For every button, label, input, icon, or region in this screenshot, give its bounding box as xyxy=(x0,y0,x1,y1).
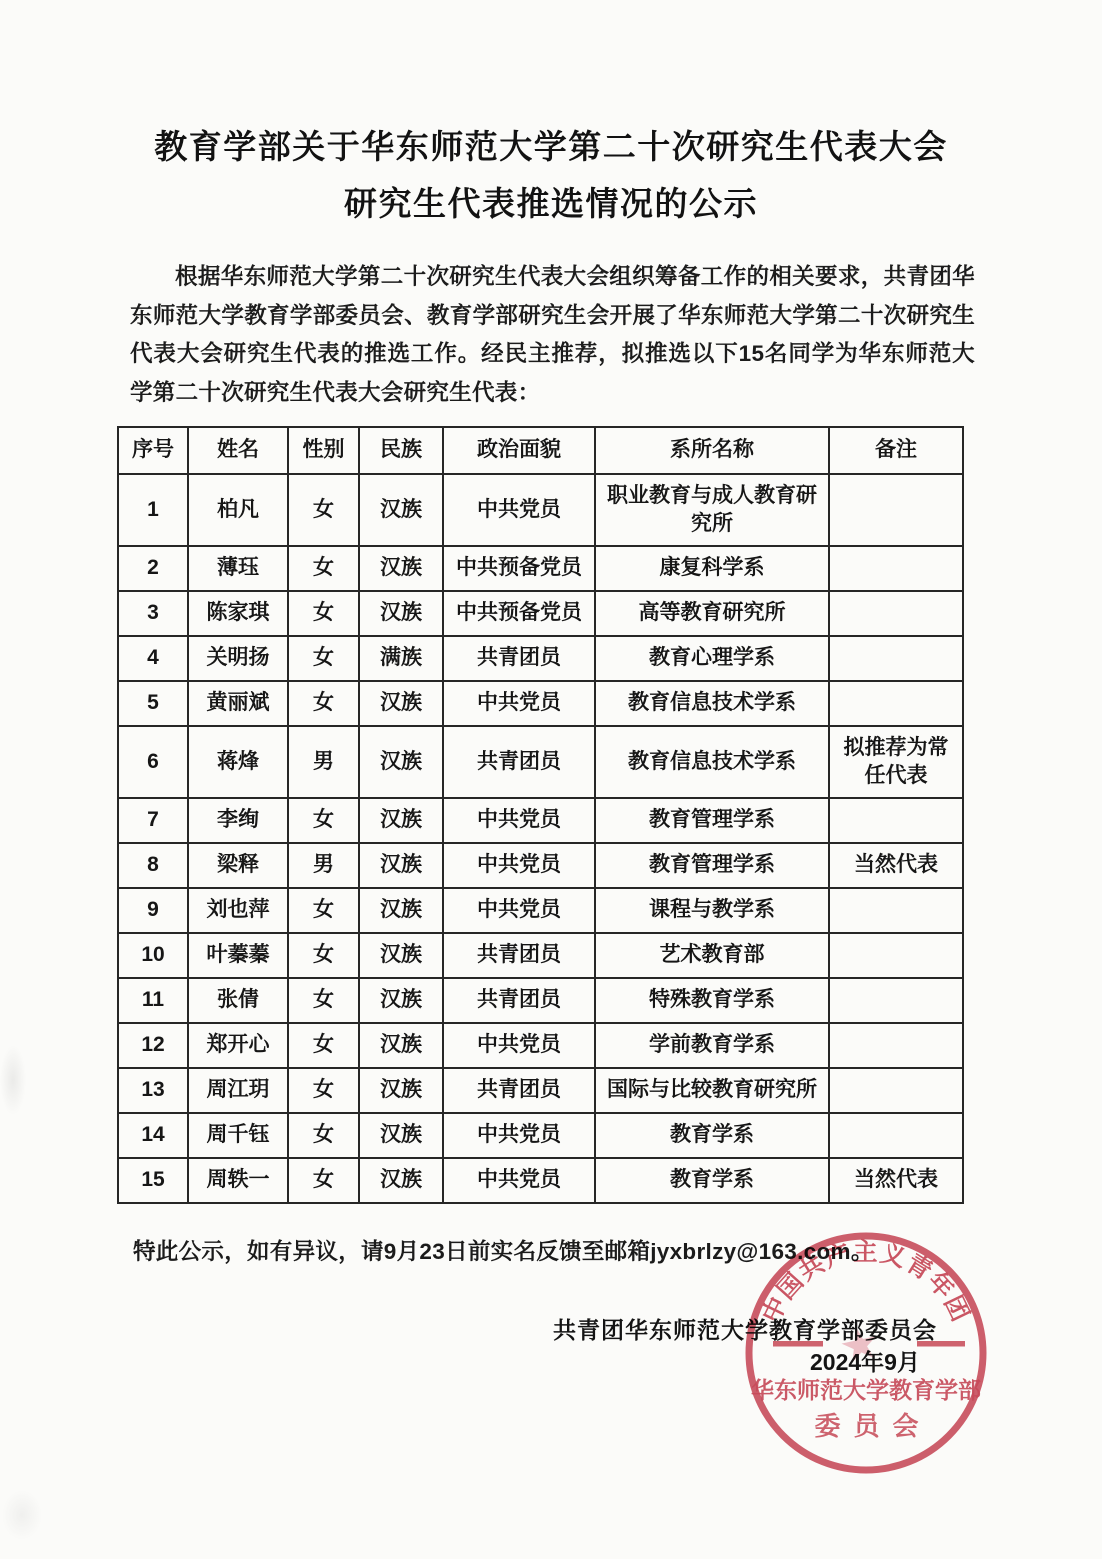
scan-smudge xyxy=(2,1490,42,1540)
svg-text:中国共产主义青年团: 中国共产主义青年团 xyxy=(757,1238,975,1327)
cell-dept: 艺术教育部 xyxy=(595,933,829,978)
cell-politics: 中共预备党员 xyxy=(443,546,595,591)
stamp-arc-text: 中国共产主义青年团 xyxy=(757,1238,975,1327)
cell-no: 13 xyxy=(118,1068,188,1113)
cell-name: 梁释 xyxy=(188,843,288,888)
cell-remark xyxy=(829,1068,963,1113)
cell-dept: 特殊教育学系 xyxy=(595,978,829,1023)
table-row: 14周千钰女汉族中共党员教育学系 xyxy=(118,1113,963,1158)
col-header-ethnicity: 民族 xyxy=(359,427,443,474)
table-row: 8梁释男汉族中共党员教育管理学系当然代表 xyxy=(118,843,963,888)
cell-politics: 中共党员 xyxy=(443,843,595,888)
table-row: 9刘也萍女汉族中共党员课程与教学系 xyxy=(118,888,963,933)
title-line-2: 研究生代表推选情况的公示 xyxy=(0,175,1102,232)
cell-name: 周轶一 xyxy=(188,1158,288,1203)
cell-dept: 教育学系 xyxy=(595,1113,829,1158)
cell-name: 郑开心 xyxy=(188,1023,288,1068)
cell-no: 12 xyxy=(118,1023,188,1068)
table-row: 15周轶一女汉族中共党员教育学系当然代表 xyxy=(118,1158,963,1203)
table-row: 10叶蓁蓁女汉族共青团员艺术教育部 xyxy=(118,933,963,978)
cell-name: 蒋烽 xyxy=(188,726,288,798)
cell-dept: 教育管理学系 xyxy=(595,798,829,843)
cell-remark xyxy=(829,681,963,726)
scan-smudge xyxy=(0,1045,26,1115)
cell-ethnicity: 汉族 xyxy=(359,1068,443,1113)
cell-politics: 中共党员 xyxy=(443,798,595,843)
cell-remark xyxy=(829,933,963,978)
cell-gender: 女 xyxy=(288,798,359,843)
cell-dept: 教育心理学系 xyxy=(595,636,829,681)
col-header-name: 姓名 xyxy=(188,427,288,474)
cell-remark xyxy=(829,474,963,546)
cell-name: 叶蓁蓁 xyxy=(188,933,288,978)
cell-no: 15 xyxy=(118,1158,188,1203)
cell-gender: 女 xyxy=(288,978,359,1023)
cell-politics: 共青团员 xyxy=(443,636,595,681)
cell-politics: 共青团员 xyxy=(443,726,595,798)
cell-no: 8 xyxy=(118,843,188,888)
cell-politics: 中共党员 xyxy=(443,474,595,546)
cell-name: 李绚 xyxy=(188,798,288,843)
official-stamp: 中国共产主义青年团 ★ 华东师范大学教育学部 委员会 xyxy=(735,1222,997,1484)
cell-dept: 教育信息技术学系 xyxy=(595,681,829,726)
cell-gender: 女 xyxy=(288,546,359,591)
stamp-committee-text: 委员会 xyxy=(814,1411,931,1441)
cell-ethnicity: 汉族 xyxy=(359,546,443,591)
title-line-1: 教育学部关于华东师范大学第二十次研究生代表大会 xyxy=(0,118,1102,175)
stamp-bar-right xyxy=(917,1341,965,1347)
cell-dept: 课程与教学系 xyxy=(595,888,829,933)
cell-no: 3 xyxy=(118,591,188,636)
cell-gender: 女 xyxy=(288,1023,359,1068)
cell-gender: 女 xyxy=(288,1158,359,1203)
table-row: 4关明扬女满族共青团员教育心理学系 xyxy=(118,636,963,681)
cell-ethnicity: 汉族 xyxy=(359,474,443,546)
cell-ethnicity: 汉族 xyxy=(359,681,443,726)
cell-ethnicity: 汉族 xyxy=(359,1113,443,1158)
cell-dept: 教育管理学系 xyxy=(595,843,829,888)
cell-remark xyxy=(829,1023,963,1068)
representatives-table: 序号 姓名 性别 民族 政治面貌 系所名称 备注 1柏凡女汉族中共党员职业教育与… xyxy=(117,426,964,1204)
cell-remark xyxy=(829,978,963,1023)
cell-remark xyxy=(829,798,963,843)
cell-dept: 教育学系 xyxy=(595,1158,829,1203)
table-row: 3陈家琪女汉族中共预备党员高等教育研究所 xyxy=(118,591,963,636)
col-header-remarks: 备注 xyxy=(829,427,963,474)
cell-politics: 共青团员 xyxy=(443,1068,595,1113)
cell-dept: 学前教育学系 xyxy=(595,1023,829,1068)
cell-remark: 当然代表 xyxy=(829,843,963,888)
cell-remark: 当然代表 xyxy=(829,1158,963,1203)
cell-dept: 国际与比较教育研究所 xyxy=(595,1068,829,1113)
cell-remark xyxy=(829,546,963,591)
cell-gender: 女 xyxy=(288,591,359,636)
cell-politics: 中共党员 xyxy=(443,888,595,933)
cell-ethnicity: 汉族 xyxy=(359,933,443,978)
cell-ethnicity: 汉族 xyxy=(359,798,443,843)
cell-ethnicity: 汉族 xyxy=(359,1023,443,1068)
cell-ethnicity: 汉族 xyxy=(359,843,443,888)
cell-gender: 女 xyxy=(288,1113,359,1158)
cell-ethnicity: 满族 xyxy=(359,636,443,681)
cell-politics: 中共党员 xyxy=(443,1158,595,1203)
document-title: 教育学部关于华东师范大学第二十次研究生代表大会 研究生代表推选情况的公示 xyxy=(0,118,1102,232)
cell-remark xyxy=(829,1113,963,1158)
cell-gender: 女 xyxy=(288,474,359,546)
table-row: 2薄珏女汉族中共预备党员康复科学系 xyxy=(118,546,963,591)
table-row: 11张倩女汉族共青团员特殊教育学系 xyxy=(118,978,963,1023)
stamp-bar-left xyxy=(773,1341,823,1347)
cell-dept: 高等教育研究所 xyxy=(595,591,829,636)
table-row: 13周江玥女汉族共青团员国际与比较教育研究所 xyxy=(118,1068,963,1113)
cell-ethnicity: 汉族 xyxy=(359,726,443,798)
cell-gender: 女 xyxy=(288,933,359,978)
cell-ethnicity: 汉族 xyxy=(359,591,443,636)
table-row: 6蒋烽男汉族共青团员教育信息技术学系拟推荐为常任代表 xyxy=(118,726,963,798)
cell-name: 薄珏 xyxy=(188,546,288,591)
cell-no: 7 xyxy=(118,798,188,843)
cell-gender: 男 xyxy=(288,726,359,798)
cell-ethnicity: 汉族 xyxy=(359,978,443,1023)
cell-gender: 女 xyxy=(288,636,359,681)
table-header-row: 序号 姓名 性别 民族 政治面貌 系所名称 备注 xyxy=(118,427,963,474)
cell-remark xyxy=(829,591,963,636)
intro-paragraph: 根据华东师范大学第二十次研究生代表大会组织筹备工作的相关要求，共青团华东师范大学… xyxy=(130,258,975,412)
cell-gender: 男 xyxy=(288,843,359,888)
cell-name: 刘也萍 xyxy=(188,888,288,933)
cell-politics: 中共党员 xyxy=(443,1023,595,1068)
star-icon: ★ xyxy=(834,1315,885,1374)
cell-name: 周千钰 xyxy=(188,1113,288,1158)
cell-no: 14 xyxy=(118,1113,188,1158)
cell-dept: 康复科学系 xyxy=(595,546,829,591)
cell-name: 陈家琪 xyxy=(188,591,288,636)
cell-no: 9 xyxy=(118,888,188,933)
table-row: 1柏凡女汉族中共党员职业教育与成人教育研究所 xyxy=(118,474,963,546)
cell-politics: 中共预备党员 xyxy=(443,591,595,636)
stamp-org-text: 华东师范大学教育学部 xyxy=(751,1377,981,1403)
cell-politics: 中共党员 xyxy=(443,1113,595,1158)
cell-name: 关明扬 xyxy=(188,636,288,681)
cell-no: 4 xyxy=(118,636,188,681)
cell-politics: 共青团员 xyxy=(443,978,595,1023)
cell-dept: 教育信息技术学系 xyxy=(595,726,829,798)
col-header-department: 系所名称 xyxy=(595,427,829,474)
cell-name: 黄丽斌 xyxy=(188,681,288,726)
cell-no: 10 xyxy=(118,933,188,978)
table-row: 7李绚女汉族中共党员教育管理学系 xyxy=(118,798,963,843)
cell-name: 柏凡 xyxy=(188,474,288,546)
cell-remark: 拟推荐为常任代表 xyxy=(829,726,963,798)
cell-name: 周江玥 xyxy=(188,1068,288,1113)
cell-politics: 中共党员 xyxy=(443,681,595,726)
cell-no: 5 xyxy=(118,681,188,726)
cell-gender: 女 xyxy=(288,1068,359,1113)
cell-no: 1 xyxy=(118,474,188,546)
cell-gender: 女 xyxy=(288,888,359,933)
table-row: 5黄丽斌女汉族中共党员教育信息技术学系 xyxy=(118,681,963,726)
cell-ethnicity: 汉族 xyxy=(359,888,443,933)
col-header-index: 序号 xyxy=(118,427,188,474)
table-row: 12郑开心女汉族中共党员学前教育学系 xyxy=(118,1023,963,1068)
cell-name: 张倩 xyxy=(188,978,288,1023)
cell-remark xyxy=(829,636,963,681)
cell-no: 6 xyxy=(118,726,188,798)
cell-politics: 共青团员 xyxy=(443,933,595,978)
cell-dept: 职业教育与成人教育研究所 xyxy=(595,474,829,546)
col-header-gender: 性别 xyxy=(288,427,359,474)
cell-no: 2 xyxy=(118,546,188,591)
document-page: 教育学部关于华东师范大学第二十次研究生代表大会 研究生代表推选情况的公示 根据华… xyxy=(0,0,1102,1559)
cell-ethnicity: 汉族 xyxy=(359,1158,443,1203)
cell-remark xyxy=(829,888,963,933)
cell-no: 11 xyxy=(118,978,188,1023)
cell-gender: 女 xyxy=(288,681,359,726)
col-header-political-status: 政治面貌 xyxy=(443,427,595,474)
